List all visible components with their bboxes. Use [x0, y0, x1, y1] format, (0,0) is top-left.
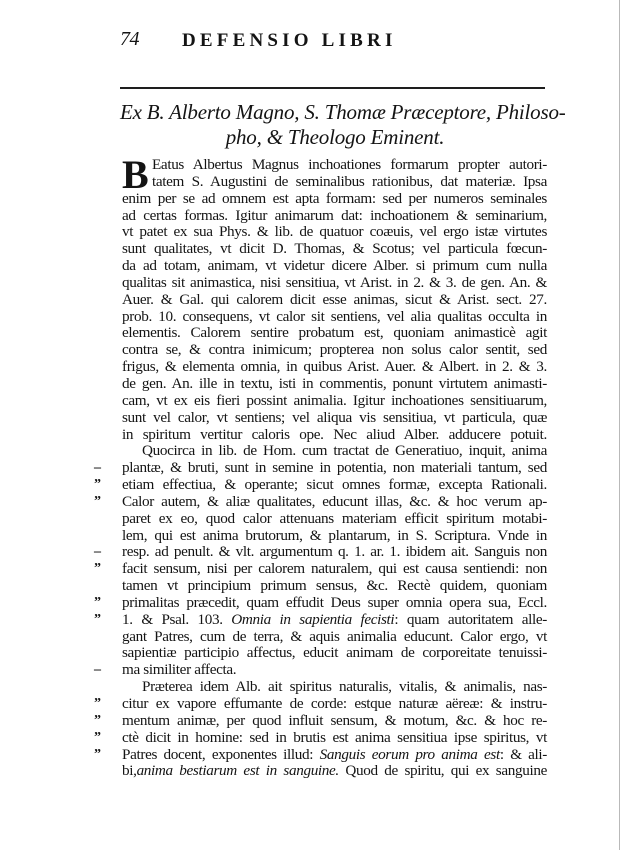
line-text: tamen vt principium primum sensus, &c. R…	[122, 577, 547, 594]
line-text: sunt vel calor, vt sentiens; vel aliqua …	[122, 409, 547, 426]
italic-quote: anima bestiarum est in sanguine.	[137, 762, 339, 779]
text-line: tatem S. Augustini de seminalibus ration…	[122, 174, 547, 191]
text-line: Auer. & Gal. qui calorem dicit esse anim…	[122, 292, 547, 309]
line-text: de gen. An. ille in textu, isti in comme…	[122, 375, 547, 392]
line-text: lem, qui est anima brutorum, & plantarum…	[122, 527, 547, 544]
italic-quote: Omnia in sapientia fecisti	[231, 611, 394, 628]
line-text: Præterea idem Alb. ait spiritus naturali…	[142, 678, 547, 695]
running-title: DEFENSIO LIBRI	[182, 30, 397, 52]
line-text: Calor autem, & aliæ qualitates, educunt …	[122, 493, 547, 510]
text-line: – resp. ad penult. & vlt. argumentum q. …	[122, 544, 547, 561]
text-line: tamen vt principium primum sensus, &c. R…	[122, 578, 547, 595]
line-text: ctè dicit in homine: sed in brutis est a…	[122, 729, 547, 746]
line-text: facit sensum, nisi per calorem naturalem…	[122, 560, 547, 577]
line-text: prob. 10. consequens, vt calor sit senti…	[122, 308, 547, 325]
line-text: bi,	[122, 762, 137, 779]
text-line: de gen. An. ille in textu, isti in comme…	[122, 376, 547, 393]
body-text: B Eatus Albertus Magnus inchoationes for…	[122, 157, 547, 780]
margin-quote-mark: ”	[94, 696, 100, 713]
line-text: ad certas formas. Igitur animarum dat: i…	[122, 207, 547, 224]
margin-quote-mark: ”	[94, 747, 100, 764]
text-line: Præterea idem Alb. ait spiritus naturali…	[122, 679, 547, 696]
text-line: qualitas sit animastica, nisi sensitiua,…	[122, 275, 547, 292]
margin-dash-mark: –	[94, 460, 100, 477]
section-heading-line-2: pho, & Theologo Eminent.	[120, 125, 550, 150]
line-text: Eatus Albertus Magnus inchoationes forma…	[152, 156, 547, 173]
line-text: enim per se ad omnem est apta formam: se…	[122, 190, 547, 207]
text-line: ” citur ex vapore effumante de corde: es…	[122, 696, 547, 713]
text-line: – plantæ, & bruti, sunt in semine in pot…	[122, 460, 547, 477]
header-rule	[120, 87, 545, 89]
line-text: sunt qualitates, vt dicit D. Thomas, & S…	[122, 240, 547, 257]
text-line: ” facit sensum, nisi per calorem natural…	[122, 561, 547, 578]
line-text: Quod de spiritu, qui ex sanguine	[345, 762, 547, 779]
text-line: enim per se ad omnem est apta formam: se…	[122, 191, 547, 208]
margin-quote-mark: ”	[94, 713, 100, 730]
text-line: prob. 10. consequens, vt calor sit senti…	[122, 309, 547, 326]
text-line: contra se, & contra inimicum; propterea …	[122, 342, 547, 359]
margin-quote-mark: ”	[94, 477, 100, 494]
margin-quote-mark: ”	[94, 730, 100, 747]
text-line: ” Calor autem, & aliæ qualitates, educun…	[122, 494, 547, 511]
text-line: frigus, & elementa omnia, in quibus Aris…	[122, 359, 547, 376]
line-text: Patres docent, exponentes illud:	[122, 746, 313, 763]
line-text: ma similiter affecta.	[122, 661, 236, 678]
text-line: ” mentum animæ, per quod influit sensum,…	[122, 713, 547, 730]
line-text: frigus, & elementa omnia, in quibus Aris…	[122, 358, 547, 375]
line-text: : & ali-	[500, 746, 547, 763]
line-text: in spiritum vertitur caloris ope. Nec al…	[122, 426, 547, 443]
page-header: 74 DEFENSIO LIBRI	[120, 26, 550, 56]
text-line: ” etiam effectiua, & operante; sicut omn…	[122, 477, 547, 494]
line-text: qualitas sit animastica, nisi sensitiua,…	[122, 274, 547, 291]
margin-quote-mark: ”	[94, 494, 100, 511]
line-text: gant Patres, cum de terra, & aquis anima…	[122, 628, 547, 645]
text-line: sunt qualitates, vt dicit D. Thomas, & S…	[122, 241, 547, 258]
text-line: elementis. Calorem sentire probatum est,…	[122, 325, 547, 342]
line-text: etiam effectiua, & operante; sicut omnes…	[122, 476, 547, 493]
margin-quote-mark: ”	[94, 595, 100, 612]
text-line: cam, vt ex eis fieri possint animalia. I…	[122, 393, 547, 410]
line-text: tatem S. Augustini de seminalibus ration…	[152, 173, 547, 190]
section-heading-line-1: Ex B. Alberto Magno, S. Thomæ Præceptore…	[120, 100, 550, 125]
margin-dash-mark: –	[94, 662, 100, 679]
line-text: contra se, & contra inimicum; propterea …	[122, 341, 547, 358]
text-line: bi,anima bestiarum est in sanguine. Quod…	[122, 763, 547, 780]
text-line: ” 1. & Psal. 103. Omnia in sapientia fec…	[122, 612, 547, 629]
margin-quote-mark: ”	[94, 612, 100, 629]
section-heading: Ex B. Alberto Magno, S. Thomæ Præceptore…	[120, 100, 550, 150]
text-line: vt patet ex sua Phys. & lib. de quatuor …	[122, 224, 547, 241]
line-text: paret ex eo, quod calor attenuans materi…	[122, 510, 547, 527]
text-line: – ma similiter affecta.	[122, 662, 547, 679]
line-text: elementis. Calorem sentire probatum est,…	[122, 324, 547, 341]
line-text: 1. & Psal. 103.	[122, 611, 223, 628]
line-text: mentum animæ, per quod influit sensum, &…	[122, 712, 547, 729]
line-text: : quam autoritatem alle-	[394, 611, 547, 628]
line-text: resp. ad penult. & vlt. argumentum q. 1.…	[122, 543, 547, 560]
text-line: B Eatus Albertus Magnus inchoationes for…	[122, 157, 547, 174]
text-line: da ad totam, animam, vt videtur dicere A…	[122, 258, 547, 275]
text-line: sapientiæ participio affectus, educit an…	[122, 645, 547, 662]
line-text: Quocirca in lib. de Hom. cum tractat de …	[142, 442, 547, 459]
text-line: lem, qui est anima brutorum, & plantarum…	[122, 528, 547, 545]
page-number: 74	[120, 28, 139, 51]
margin-quote-mark: ”	[94, 561, 100, 578]
text-line: ” ctè dicit in homine: sed in brutis est…	[122, 730, 547, 747]
text-line: sunt vel calor, vt sentiens; vel aliqua …	[122, 410, 547, 427]
line-text: sapientiæ participio affectus, educit an…	[122, 644, 547, 661]
line-text: plantæ, & bruti, sunt in semine in poten…	[122, 459, 547, 476]
text-line: ” Patres docent, exponentes illud: Sangu…	[122, 747, 547, 764]
line-text: Auer. & Gal. qui calorem dicit esse anim…	[122, 291, 547, 308]
line-text: da ad totam, animam, vt videtur dicere A…	[122, 257, 547, 274]
text-line: in spiritum vertitur caloris ope. Nec al…	[122, 427, 547, 444]
text-line: ad certas formas. Igitur animarum dat: i…	[122, 208, 547, 225]
text-line: ” primalitas præcedit, quam effudit Deus…	[122, 595, 547, 612]
line-text: vt patet ex sua Phys. & lib. de quatuor …	[122, 223, 547, 240]
line-text: primalitas præcedit, quam effudit Deus s…	[122, 594, 547, 611]
line-text: citur ex vapore effumante de corde: estq…	[122, 695, 547, 712]
page-edge-line	[619, 0, 620, 850]
line-text: cam, vt ex eis fieri possint animalia. I…	[122, 392, 547, 409]
text-line: Quocirca in lib. de Hom. cum tractat de …	[122, 443, 547, 460]
margin-dash-mark: –	[94, 544, 100, 561]
italic-quote: Sanguis eorum pro anima est	[320, 746, 500, 763]
text-line: gant Patres, cum de terra, & aquis anima…	[122, 629, 547, 646]
text-line: paret ex eo, quod calor attenuans materi…	[122, 511, 547, 528]
